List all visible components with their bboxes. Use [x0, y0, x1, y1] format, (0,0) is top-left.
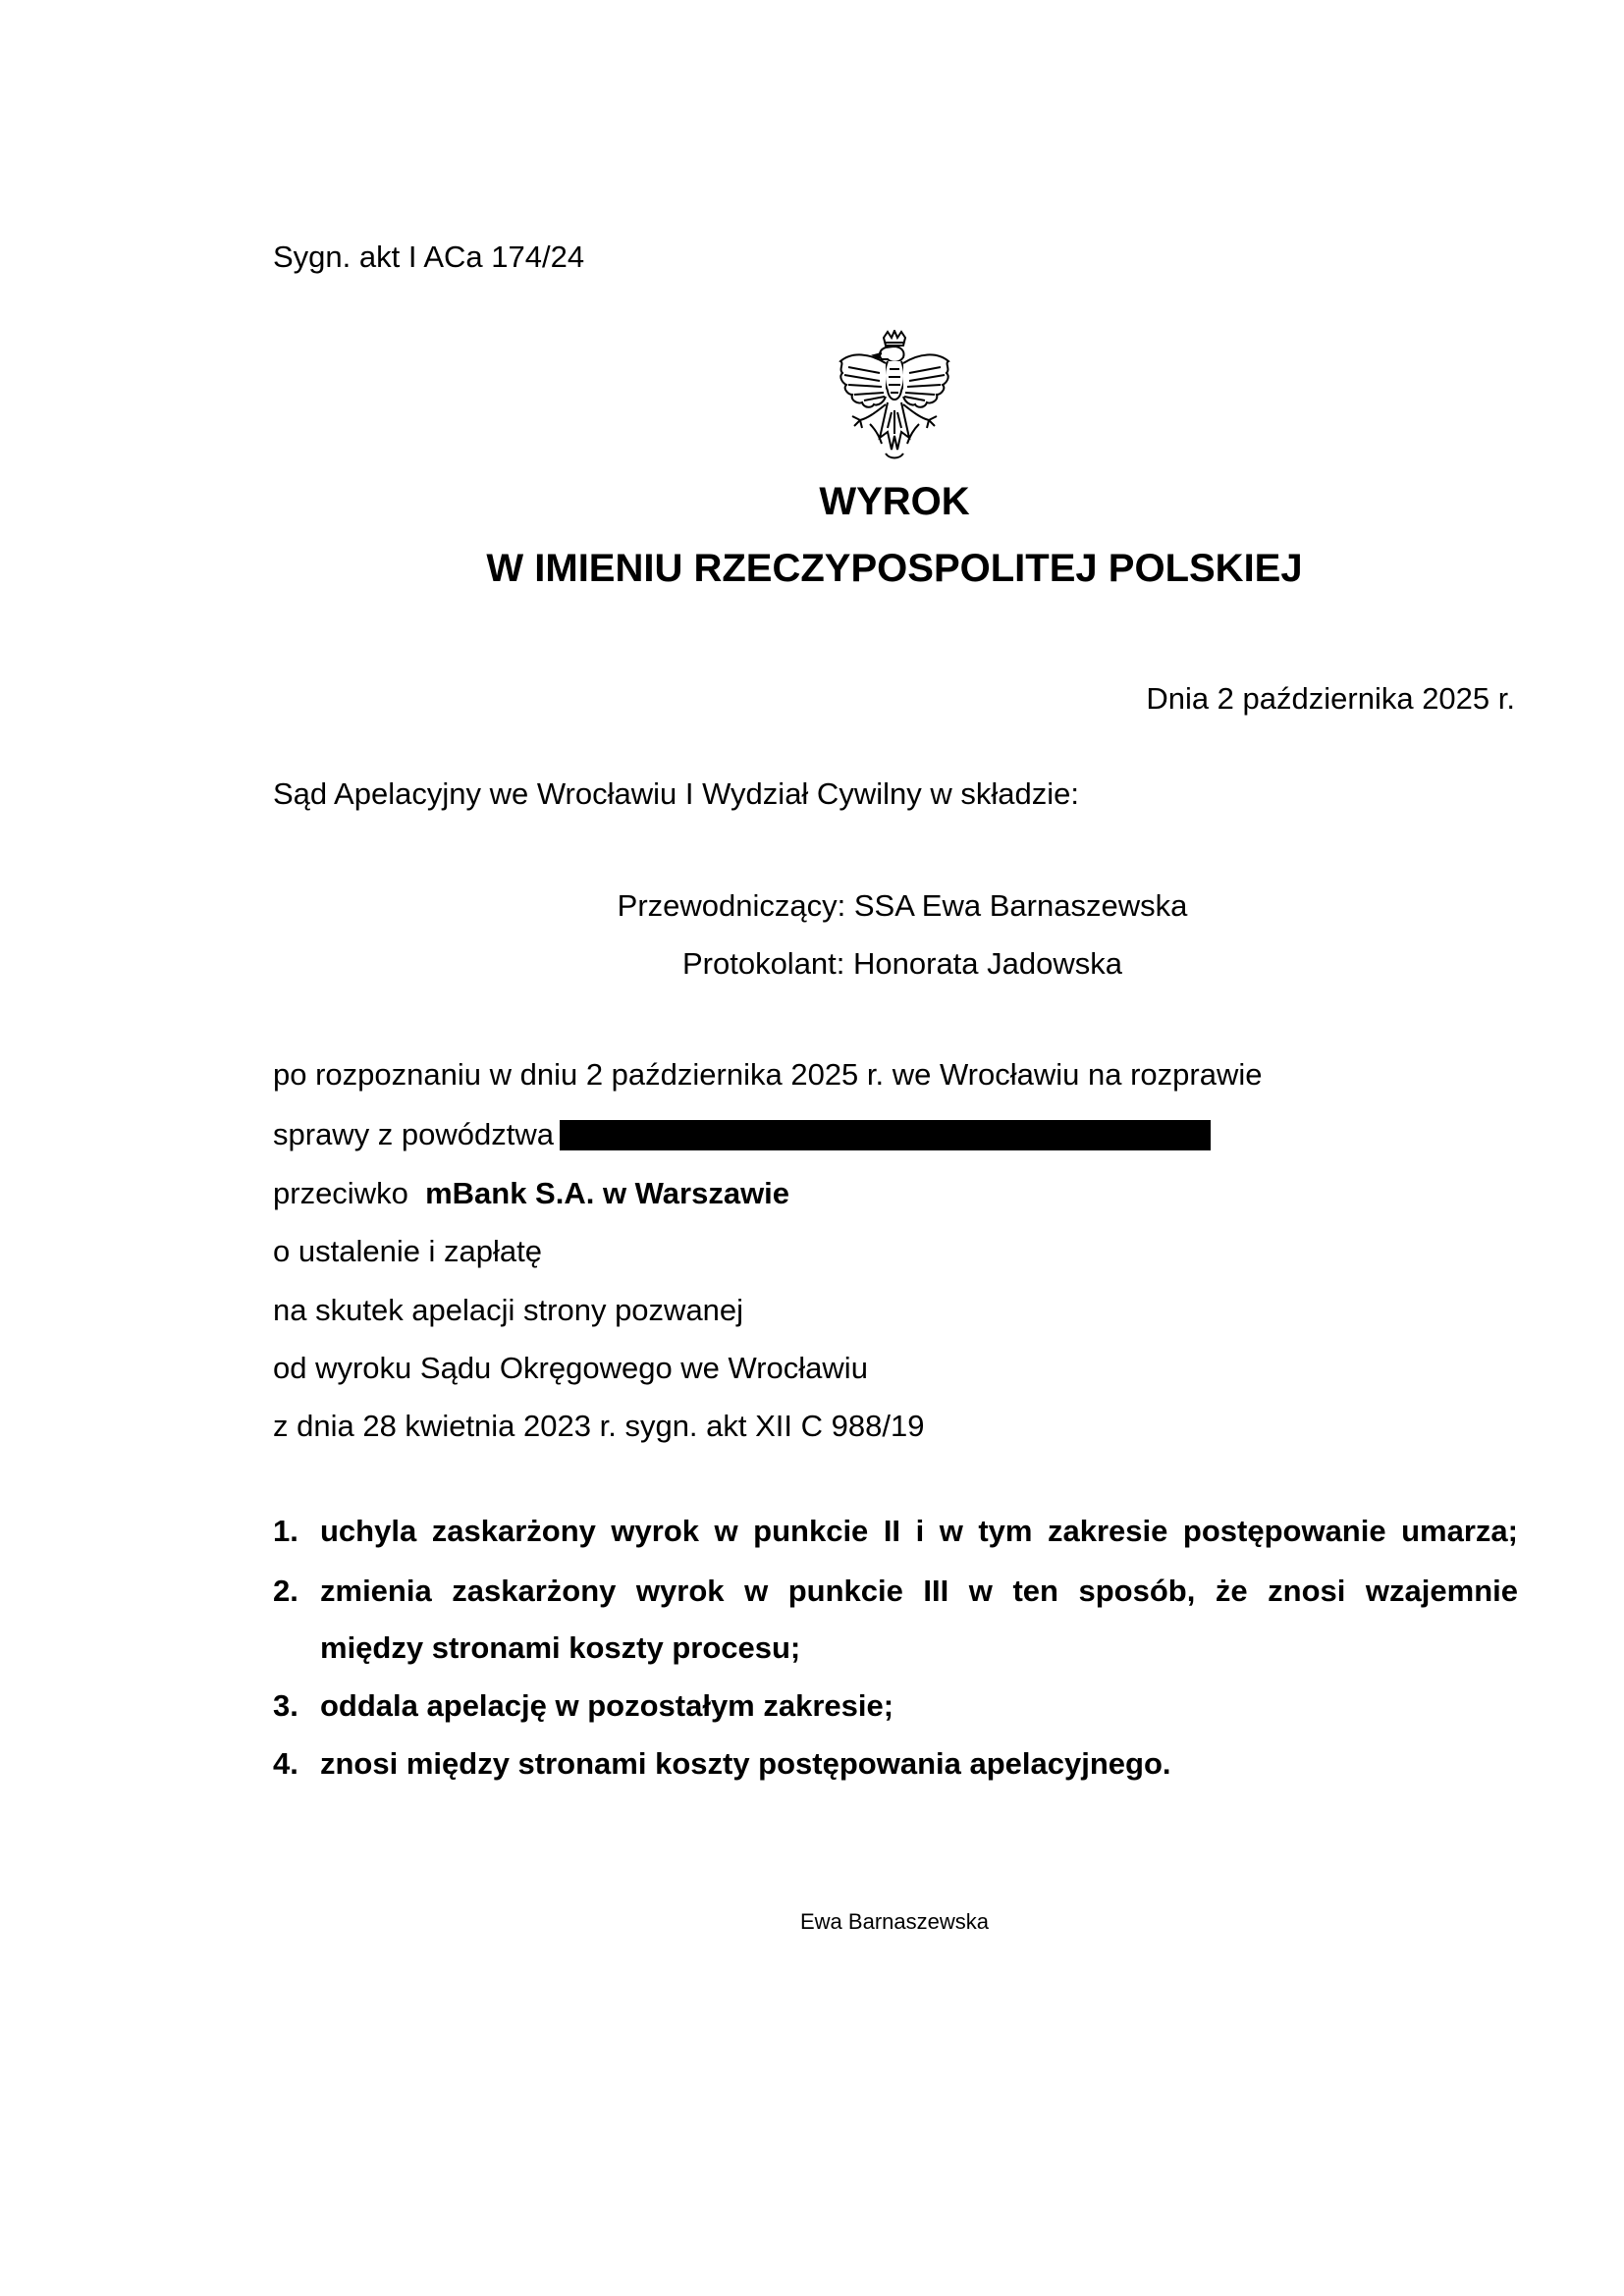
ruling-item-1: 1. uchyla zaskarżony wyrok w punkcie II …: [273, 1514, 1518, 1549]
defendant-name: mBank S.A. w Warszawie: [425, 1176, 789, 1210]
signer-name: Ewa Barnaszewska: [0, 1909, 1624, 1935]
presiding-judge: Przewodniczący: SSA Ewa Barnaszewska: [0, 888, 1624, 924]
ruling-item-2: 2. zmienia zaskarżony wyrok w punkcie II…: [273, 1574, 1518, 1609]
ruling-text: oddala apelację w pozostałym zakresie;: [320, 1688, 1518, 1724]
ruling-number: 1.: [273, 1514, 298, 1549]
court-name: Sąd Apelacyjny we Wrocławiu I Wydział Cy…: [273, 776, 1079, 812]
subject-line: o ustalenie i zapłatę: [273, 1234, 542, 1269]
judgment-date: Dnia 2 października 2025 r.: [1146, 681, 1515, 717]
defendant-line: przeciwko mBank S.A. w Warszawie: [273, 1176, 789, 1211]
plaintiff-redaction: [560, 1120, 1211, 1150]
lower-court-line: od wyroku Sądu Okręgowego we Wrocławiu: [273, 1351, 868, 1386]
ruling-number: 3.: [273, 1688, 298, 1724]
ruling-item-3: 3. oddala apelację w pozostałym zakresie…: [273, 1688, 1518, 1724]
ruling-text: uchyla zaskarżony wyrok w punkcie II i w…: [320, 1514, 1518, 1549]
appeal-line: na skutek apelacji strony pozwanej: [273, 1293, 743, 1328]
ruling-text: znosi między stronami koszty postępowani…: [320, 1746, 1518, 1782]
plaintiff-line: sprawy z powództwa: [273, 1117, 1211, 1152]
ruling-item-4: 4. znosi między stronami koszty postępow…: [273, 1746, 1518, 1782]
court-clerk: Protokolant: Honorata Jadowska: [0, 946, 1624, 982]
ruling-number: 2.: [273, 1574, 298, 1609]
lower-court-date-line: z dnia 28 kwietnia 2023 r. sygn. akt XII…: [273, 1409, 924, 1444]
defendant-prefix: przeciwko: [273, 1176, 408, 1210]
document-subtitle: W IMIENIU RZECZYPOSPOLITEJ POLSKIEJ: [0, 546, 1624, 591]
ruling-text: zmienia zaskarżony wyrok w punkcie III w…: [320, 1574, 1518, 1609]
case-reference: Sygn. akt I ACa 174/24: [273, 240, 584, 275]
ruling-number: 4.: [273, 1746, 298, 1782]
ruling-item-2-continued: między stronami koszty procesu;: [273, 1630, 1518, 1666]
ruling-text: między stronami koszty procesu;: [320, 1630, 1518, 1666]
document-page: Sygn. akt I ACa 174/24: [0, 0, 1624, 2296]
document-title: WYROK: [0, 479, 1624, 524]
hearing-line: po rozpoznaniu w dniu 2 października 202…: [273, 1057, 1263, 1093]
polish-eagle-emblem-icon: [831, 330, 958, 467]
plaintiff-prefix: sprawy z powództwa: [273, 1117, 554, 1151]
